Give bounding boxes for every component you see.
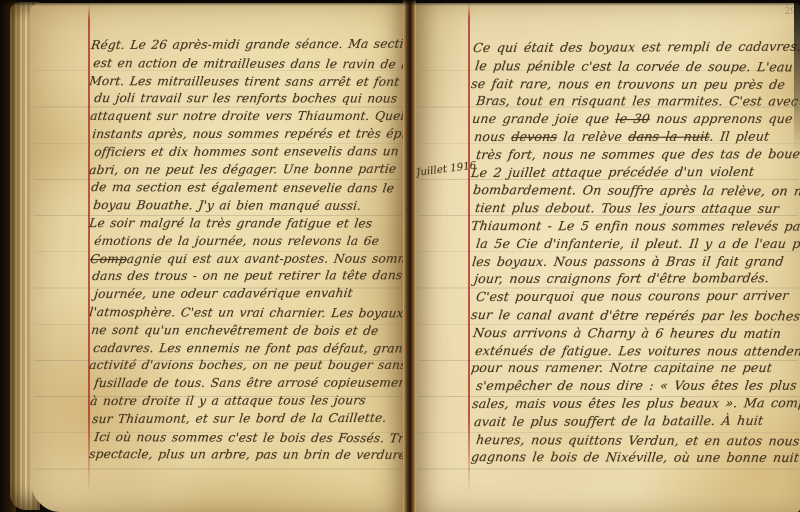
handwriting-line: Compagnie qui est aux avant-postes. Nous… xyxy=(89,250,427,268)
handwriting-line: spectacle, plus un arbre, pas un brin de… xyxy=(88,446,427,465)
handwriting-line: se fait rare, nous en trouvons un peu pr… xyxy=(470,75,800,94)
handwriting-line: émotions de la journée, nous relevons la… xyxy=(93,233,427,251)
handwriting-line: pour nous ramener. Notre capitaine ne pe… xyxy=(470,359,800,377)
handwriting-line: gagnons le bois de Nixéville, où une bon… xyxy=(470,448,800,467)
handwriting-line: ne sont qu'un enchevêtrement de bois et … xyxy=(90,322,427,341)
handwriting-line: tient plus debout. Tous les jours attaqu… xyxy=(474,199,800,218)
handwriting-line: Le soir malgré la très grande fatigue et… xyxy=(88,215,427,233)
handwriting-line: Thiaumont - Le 5 enfin nous sommes relev… xyxy=(470,217,800,235)
handwriting-line: cadavres. Les ennemis ne font pas défaut… xyxy=(92,340,427,358)
handwriting-line: les boyaux. Nous passons à Bras il fait … xyxy=(471,252,800,270)
handwriting-right: Ce qui était des boyaux est rempli de ca… xyxy=(472,39,800,466)
handwriting-line: à notre droite il y a attaque tous les j… xyxy=(89,392,427,411)
handwriting-line: heures, nous quittons Verdun, et en auto… xyxy=(475,431,800,450)
handwriting-line: dans des trous - on ne peut retirer la t… xyxy=(91,267,427,286)
right-page: Juillet 1916 29 Ce qui était des boyaux … xyxy=(414,3,800,512)
left-page: Régt. Le 26 après-midi grande séance. Ma… xyxy=(30,3,405,512)
handwriting-line: exténués de fatigue. Les voitures nous a… xyxy=(474,342,800,360)
handwriting-line: Ici où nous sommes c'est le bois des Fos… xyxy=(93,429,427,448)
handwriting-line: s'empêcher de nous dire : « Vous êtes le… xyxy=(475,377,800,395)
handwriting-line: activité d'avions boches, on ne peut bou… xyxy=(88,357,427,375)
handwriting-line: sales, mais vous êtes les plus beaux ». … xyxy=(471,394,800,413)
handwriting-line: la 5e Cie d'infanterie, il pleut. Il y a… xyxy=(475,235,800,253)
handwriting-left: Régt. Le 26 après-midi grande séance. Ma… xyxy=(90,37,425,464)
handwriting-line: officiers et dix hommes sont ensevelis d… xyxy=(93,143,427,162)
handwriting-line: nous devons la relève dans la nuit. Il p… xyxy=(473,127,800,145)
handwriting-line: de ma section est également ensevelie da… xyxy=(90,179,427,198)
handwriting-line: Ce qui était des boyaux est rempli de ca… xyxy=(472,38,800,57)
handwriting-line: fusillade de tous. Sans être arrosé copi… xyxy=(93,375,427,393)
photo-top-edge xyxy=(0,0,800,6)
handwriting-line: avait le plus souffert de la bataille. À… xyxy=(473,411,800,430)
handwriting-line: l'atmosphère. C'est un vrai charnier. Le… xyxy=(88,304,427,323)
handwriting-line: bombardement. On souffre après la relève… xyxy=(472,181,800,200)
red-margin-line xyxy=(468,3,470,508)
handwriting-line: Mort. Les mitrailleuses tirent sans arrê… xyxy=(88,73,427,92)
handwriting-line: Bras, tout en risquant les marmites. C'e… xyxy=(475,92,800,110)
handwriting-line: C'est pourquoi que nous courons pour arr… xyxy=(475,287,800,306)
binding-fold xyxy=(403,0,416,512)
handwriting-line: sur Thiaumont, et sur le bord de la Cail… xyxy=(91,409,427,428)
handwriting-line: sur le canal avant d'être repérés par le… xyxy=(470,306,800,325)
handwriting-line: Nous arrivons à Charny à 6 heures du mat… xyxy=(472,324,800,343)
notebook-photo: Régt. Le 26 après-midi grande séance. Ma… xyxy=(0,0,800,512)
handwriting-line: boyau Bouathe. J'y ai bien manqué aussi. xyxy=(92,197,427,216)
handwriting-line: instants après, nous sommes repérés et t… xyxy=(91,126,427,144)
handwriting-line: abri, on ne peut les dégager. Une bonne … xyxy=(88,160,427,179)
photo-right-edge xyxy=(794,0,800,150)
handwriting-line: attaquent sur notre droite vers Thiaumon… xyxy=(89,108,427,126)
handwriting-line: une grande joie que le 30 nous apprenons… xyxy=(471,110,800,128)
handwriting-line: très fort, nous ne sommes que des tas de… xyxy=(475,145,800,164)
handwriting-line: jour, nous craignons fort d'être bombard… xyxy=(473,269,800,288)
handwriting-line: du joli travail sur les renforts boches … xyxy=(93,90,427,108)
handwriting-line: Le 2 juillet attaque précédée d'un viole… xyxy=(470,162,800,181)
handwriting-line: est en action de mitrailleuses dans le r… xyxy=(92,55,427,74)
handwriting-line: Régt. Le 26 après-midi grande séance. Ma… xyxy=(90,36,427,55)
handwriting-line: le plus pénible c'est la corvée de soupe… xyxy=(474,57,800,76)
handwriting-line: journée, une odeur cadavérique envahit xyxy=(93,285,427,304)
